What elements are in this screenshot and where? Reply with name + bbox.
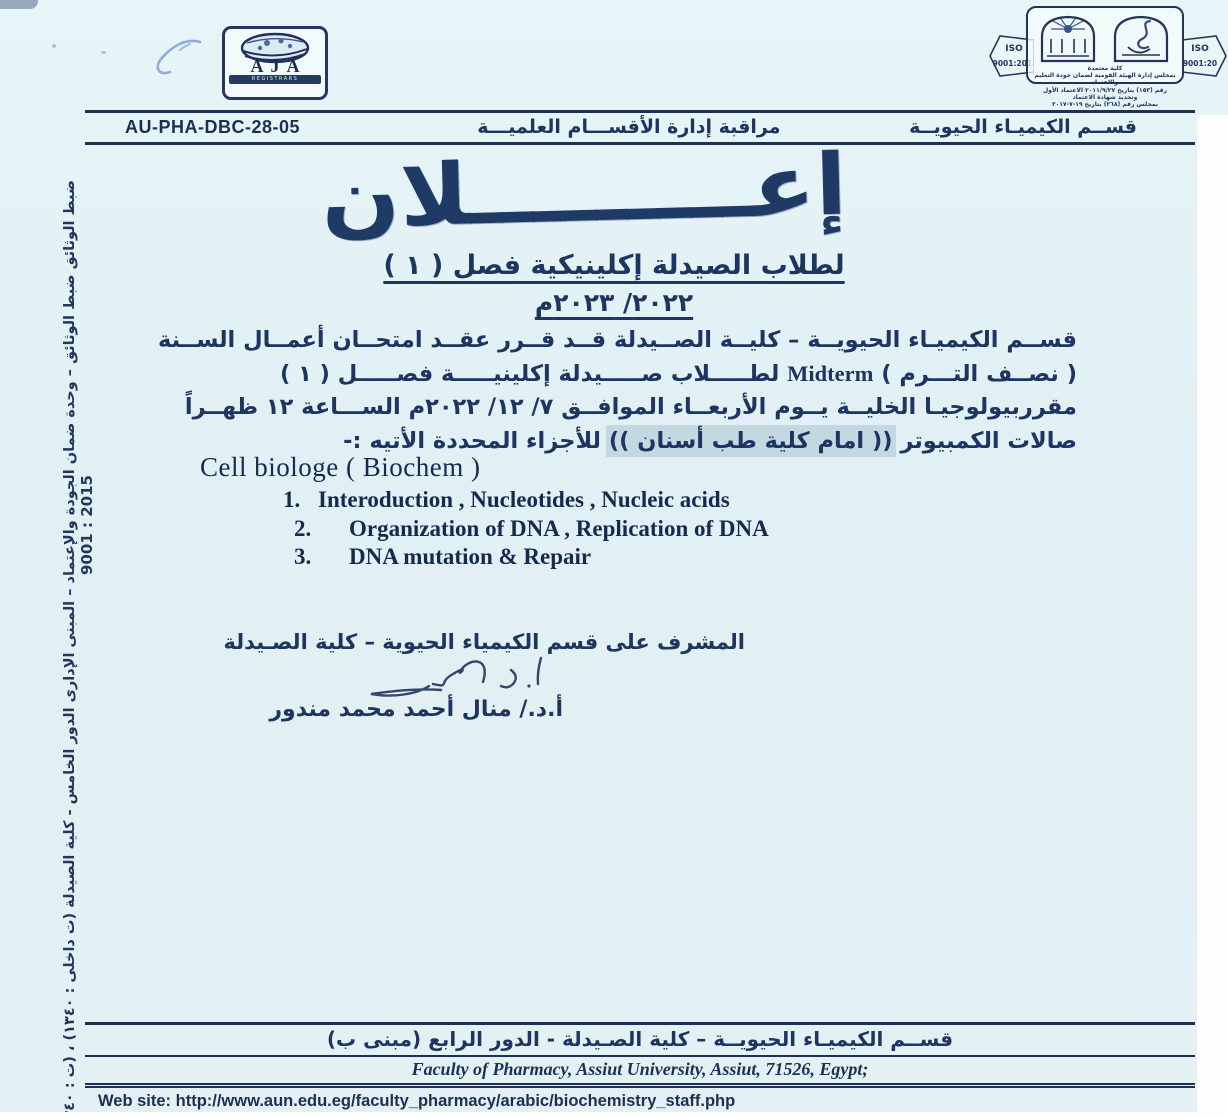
pen-squiggle-mark: [146, 34, 208, 84]
paragraph-line-1: قســم الكيميـاء الحيويــة – كليــة الصــ…: [160, 327, 1077, 361]
announcement-paragraph: قســم الكيميـاء الحيويــة – كليــة الصــ…: [160, 327, 1077, 461]
list-item: 1.Interoduction , Nucleotides , Nucleic …: [283, 487, 769, 516]
paragraph-line-2-post: لطـــــلاب صـــــيدلة إكلينيـــــة فصـــ…: [280, 361, 787, 387]
svg-text:9001:20: 9001:20: [1183, 59, 1217, 68]
header-center-label: مراقبة إدارة الأقســـام العلميـــة: [418, 116, 840, 138]
midterm-label: Midterm: [787, 361, 873, 386]
svg-text:ISO: ISO: [1005, 44, 1023, 54]
side-margin-line-2: 9001 : 2015: [78, 180, 96, 880]
accreditation-stamp-frame: كلية معتمدة بمجلس إدارة الهيئة القومية ل…: [1026, 6, 1184, 84]
course-heading: Cell biologe ( Biochem ): [200, 452, 480, 483]
scanned-announcement-page: AJA REGISTRARS ISO 9001:2015 ISO 9001:20: [0, 0, 1228, 1117]
paragraph-line-4-post: للأجزاء المحددة الأتيه :-: [343, 428, 609, 454]
exam-location-highlight: (( امام كلية طب أسنان )): [609, 428, 893, 454]
scan-speck: [52, 44, 56, 48]
footer-address-line: Faculty of Pharmacy, Assiut University, …: [85, 1057, 1195, 1085]
list-item-number: 3.: [283, 544, 349, 570]
stamp-caption: كلية معتمدة بمجلس إدارة الهيئة القومية ل…: [1034, 65, 1176, 108]
paragraph-line-3: مقرربيولوجيـا الخليــة يــوم الأربعــاء …: [160, 394, 1077, 428]
course-topics-list: 1.Interoduction , Nucleotides , Nucleic …: [283, 487, 769, 573]
scan-edge-right: [1197, 115, 1228, 1117]
aja-logo-banner: REGISTRARS: [229, 75, 321, 84]
supervisor-name: أ.د./ منال أحمد محمد مندور: [228, 697, 563, 722]
university-seal-icon: [1037, 13, 1099, 63]
list-item-number: 1.: [283, 487, 318, 513]
scan-edge-bottom: [0, 1112, 1228, 1117]
paragraph-line-2: ( نصــف التـــرم ) Midterm لطـــــلاب صـ…: [160, 361, 1077, 395]
document-code: AU-PHA-DBC-28-05: [85, 117, 418, 138]
list-item: 2.Organization of DNA , Replication of D…: [283, 516, 769, 545]
page-title: إعـــــــــلان: [0, 127, 1169, 256]
accreditation-stamps: ISO 9001:2015 ISO 9001:20: [990, 6, 1228, 110]
list-item-text: Interoduction , Nucleotides , Nucleic ac…: [318, 487, 730, 512]
list-item-text: DNA mutation & Repair: [349, 544, 591, 569]
list-item-number: 2.: [283, 516, 349, 542]
pharmacy-seal-icon: [1110, 13, 1172, 63]
side-margin-text: ضبط الوثائق ضبط الوثائق – وحدة ضمان الجو…: [62, 180, 114, 880]
scan-smudge: [0, 0, 38, 9]
list-item: 3.DNA mutation & Repair: [283, 544, 769, 573]
paragraph-line-2-pre: ( نصــف التـــرم ): [873, 361, 1077, 387]
footer-department-line: قســم الكيميـاء الحيويــة – كلية الصـيدل…: [85, 1024, 1195, 1057]
side-margin-line-1: ضبط الوثائق ضبط الوثائق – وحدة ضمان الجو…: [62, 180, 78, 880]
aja-registrars-logo: AJA REGISTRARS: [222, 26, 328, 100]
paragraph-line-4-pre: صالات الكمبيوتر: [893, 428, 1077, 454]
subtitle-audience: لطلاب الصيدلة إكلينيكية فصل ( ١ ): [0, 250, 1228, 281]
aja-logo-word: AJA: [244, 59, 307, 73]
svg-text:ISO: ISO: [1191, 44, 1209, 54]
footer-band: قســم الكيميـاء الحيويــة – كلية الصـيدل…: [85, 1022, 1195, 1085]
list-item-text: Organization of DNA , Replication of DNA: [349, 516, 769, 541]
scan-speck: [101, 51, 106, 54]
subtitle-academic-year: ٢٠٢٢/ ٢٠٢٣م: [0, 288, 1228, 317]
iso-ribbon-right: ISO 9001:20: [1182, 34, 1228, 78]
